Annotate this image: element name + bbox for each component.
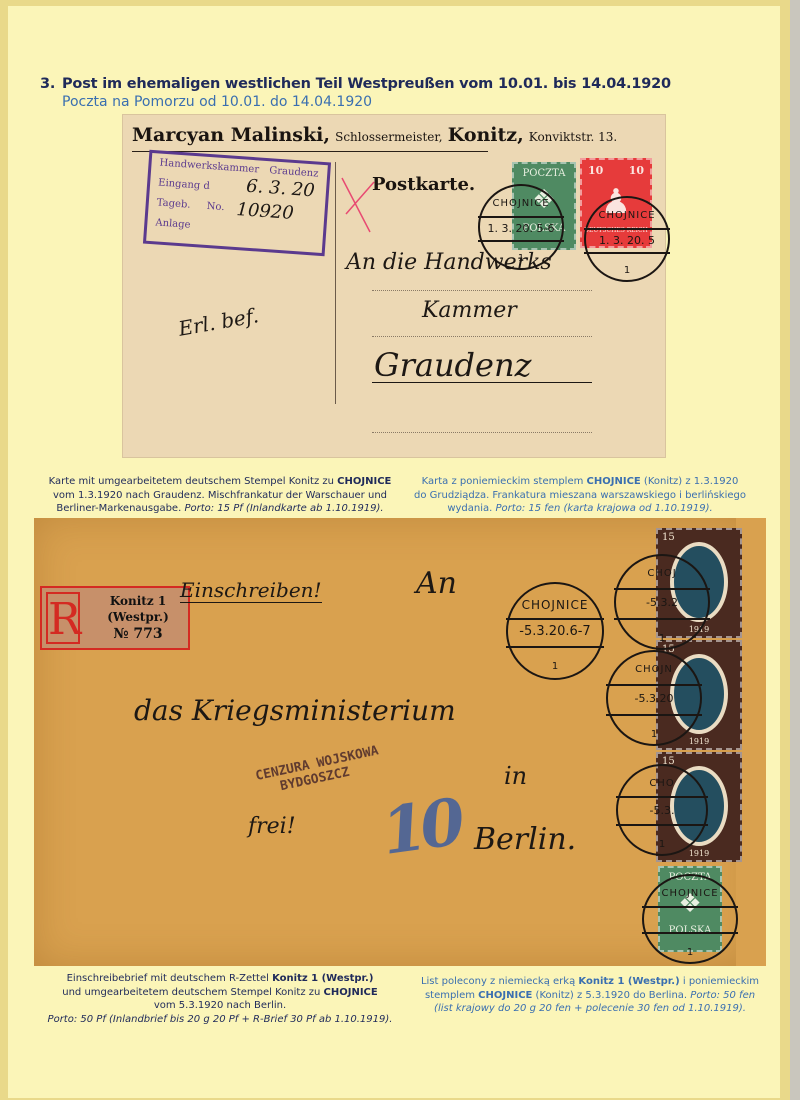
caption-postage: Porto: 50 Pf (Inlandbrief bis 20 g 20 Pf… (48, 1014, 393, 1025)
caption-card-pl: Karta z poniemieckim stemplem CHOJNICE (… (400, 475, 760, 516)
caption-bold: CHOJNICE (478, 990, 532, 1001)
cancel-date: -5.3.2 (616, 596, 708, 609)
cancel-date: -5.3.20.6-7 (508, 624, 602, 639)
address-line (372, 336, 592, 337)
caption-postage: Porto: 15 fen (karta krajowa od 1.10.191… (496, 503, 713, 514)
blue-crayon-mark: 10 (377, 785, 464, 870)
cancel-foot: 1 (508, 661, 602, 672)
cancel-date: -5.3.20 (608, 692, 700, 705)
receipt-line: No. (206, 201, 225, 213)
caption-envelope-de: Einschreibebrief mit deutschem R-Zettel … (30, 972, 410, 1026)
cancel-town: CHO (618, 778, 706, 789)
cancel-chojnice: CHOJ -5.3.2 1 (614, 554, 710, 650)
registered-envelope: R Konitz 1 (Westpr.) № 773 Einschreiben!… (34, 518, 750, 966)
envelope-address-1: An (416, 566, 457, 601)
cancel-chojnice: CHOJNICE 1. 3. 20. 5-6 1 (478, 184, 564, 270)
sender-street: Konviktstr. 13. (529, 130, 617, 144)
cancel-foot: 1 (644, 947, 736, 958)
cancel-chojnice: CHOJNICE 1. 3. 20. 5 1 (584, 196, 670, 282)
cancel-town: CHOJNICE (480, 198, 562, 209)
cancel-date: 1. 3. 20. 5 (586, 234, 668, 247)
caption-text: vom 1.3.1920 nach Graudenz. Mischfrankat… (40, 489, 400, 503)
caption-text: vom 5.3.1920 nach Berlin. (30, 999, 410, 1013)
section-title-pl: Poczta na Pomorzu od 10.01. do 14.04.192… (62, 94, 372, 110)
cancel-chojnice: CHO -5.3. 1 (616, 764, 708, 856)
postcard: Marcyan Malinski, Schlossermeister, Koni… (122, 114, 666, 458)
caption-text: (Konitz) z 5.3.1920 do Berlina. (532, 990, 690, 1001)
caption-bold: CHOJNICE (337, 476, 391, 487)
address-line (372, 432, 592, 433)
postcard-divider (335, 162, 336, 404)
cancel-foot: 1 (608, 729, 700, 740)
registration-region: (Westpr.) (88, 610, 188, 624)
section-title-de: Post im ehemaligen westlichen Teil Westp… (62, 76, 671, 92)
stamp-top-text: POCZTA (514, 168, 574, 179)
cancel-town: CHOJN (608, 664, 700, 675)
receipt-line: Anlage (155, 217, 191, 230)
stamp-value: 15 (662, 532, 675, 543)
caption-text: Berliner-Markenausgabe. (56, 503, 184, 514)
caption-bold: Konitz 1 (Westpr.) (578, 976, 679, 987)
caption-text: List polecony z niemiecką erką (421, 976, 578, 987)
caption-envelope-pl: List polecony z niemiecką erką Konitz 1 … (400, 975, 780, 1016)
cancel-town: CHOJ (616, 568, 708, 579)
address-line-2: Kammer (422, 298, 517, 323)
envelope-address-4: Berlin. (474, 822, 576, 857)
margin-note: Erl. bef. (177, 303, 261, 341)
caption-bold: Konitz 1 (Westpr.) (272, 973, 373, 984)
address-line-3: Graudenz (374, 346, 531, 384)
sender-trade: Schlossermeister, (335, 130, 443, 144)
caption-text: do Grudziądza. Frankatura mieszana warsz… (400, 489, 760, 503)
address-line (372, 290, 592, 291)
stamp-value: 10 (588, 164, 603, 177)
registration-letter: R (46, 592, 80, 644)
caption-text: Karte mit umgearbeitetem deutschem Stemp… (49, 476, 338, 487)
caption-postage: Porto: 50 fen (690, 990, 755, 1001)
caption-text: Einschreibebrief mit deutschem R-Zettel (67, 973, 273, 984)
caption-text: und umgearbeitetem deutschem Stempel Kon… (62, 987, 323, 998)
cancel-foot: 1 (586, 265, 668, 276)
cancel-foot: 1 (480, 253, 562, 264)
caption-text: wydania. (447, 503, 495, 514)
caption-bold: CHOJNICE (324, 987, 378, 998)
caption-text: stemplem (425, 990, 478, 1001)
cancel-town: CHOJNICE (644, 888, 736, 899)
cancel-date: -5.3. (618, 804, 706, 817)
cancel-chojnice: CHOJN -5.3.20 1 (606, 650, 702, 746)
receipt-stamp: Handwerkskammer Graudenz Eingang d Tageb… (143, 150, 331, 256)
section-number: 3. (40, 76, 62, 92)
postcard-sender-header: Marcyan Malinski, Schlossermeister, Koni… (132, 124, 617, 146)
postcard-title: Postkarte. (372, 174, 475, 195)
caption-postage: (list krajowy do 20 g 20 fen + polecenie… (434, 1003, 746, 1014)
cancel-date: 1. 3. 20. 5-6 (480, 222, 562, 235)
caption-text: Karta z poniemieckim stemplem (422, 476, 587, 487)
sender-town: Konitz, (448, 124, 524, 146)
caption-bold: CHOJNICE (587, 476, 641, 487)
handwritten-note: frei! (248, 814, 296, 839)
stamp-value: 10 (629, 164, 644, 177)
registration-office: Konitz 1 (88, 594, 188, 608)
pink-crayon-mark (340, 174, 376, 234)
registration-label: R Konitz 1 (Westpr.) № 773 (40, 586, 190, 650)
section-heading: 3.Post im ehemaligen westlichen Teil Wes… (40, 76, 671, 92)
cancel-town: CHOJNICE (586, 210, 668, 221)
receipt-line: Tageb. (156, 197, 190, 210)
receipt-date: 6. 3. 20 (245, 176, 315, 202)
caption-text: i poniemieckim (680, 976, 759, 987)
receipt-line: Handwerkskammer (159, 158, 259, 176)
cancel-chojnice-main: CHOJNICE -5.3.20.6-7 1 (506, 582, 604, 680)
envelope-address-2: das Kriegsministerium (134, 694, 456, 727)
receipt-number: 10920 (236, 199, 295, 224)
cancel-chojnice: CHOJNICE 1 (642, 874, 738, 964)
envelope-address-3: in (504, 762, 527, 790)
receipt-line: Eingang d (158, 177, 210, 192)
caption-text: (Konitz) z 1.3.1920 (641, 476, 739, 487)
instruction-einschreiben: Einschreiben! (180, 578, 322, 603)
cancel-foot: 1 (616, 633, 708, 644)
caption-postage: Porto: 15 Pf (Inlandkarte ab 1.10.1919). (184, 503, 383, 514)
caption-card-de: Karte mit umgearbeitetem deutschem Stemp… (40, 475, 400, 516)
registration-number: № 773 (88, 626, 188, 642)
sender-name: Marcyan Malinski, (132, 124, 330, 146)
cancel-town: CHOJNICE (508, 598, 602, 612)
cancel-foot: 1 (618, 839, 706, 850)
